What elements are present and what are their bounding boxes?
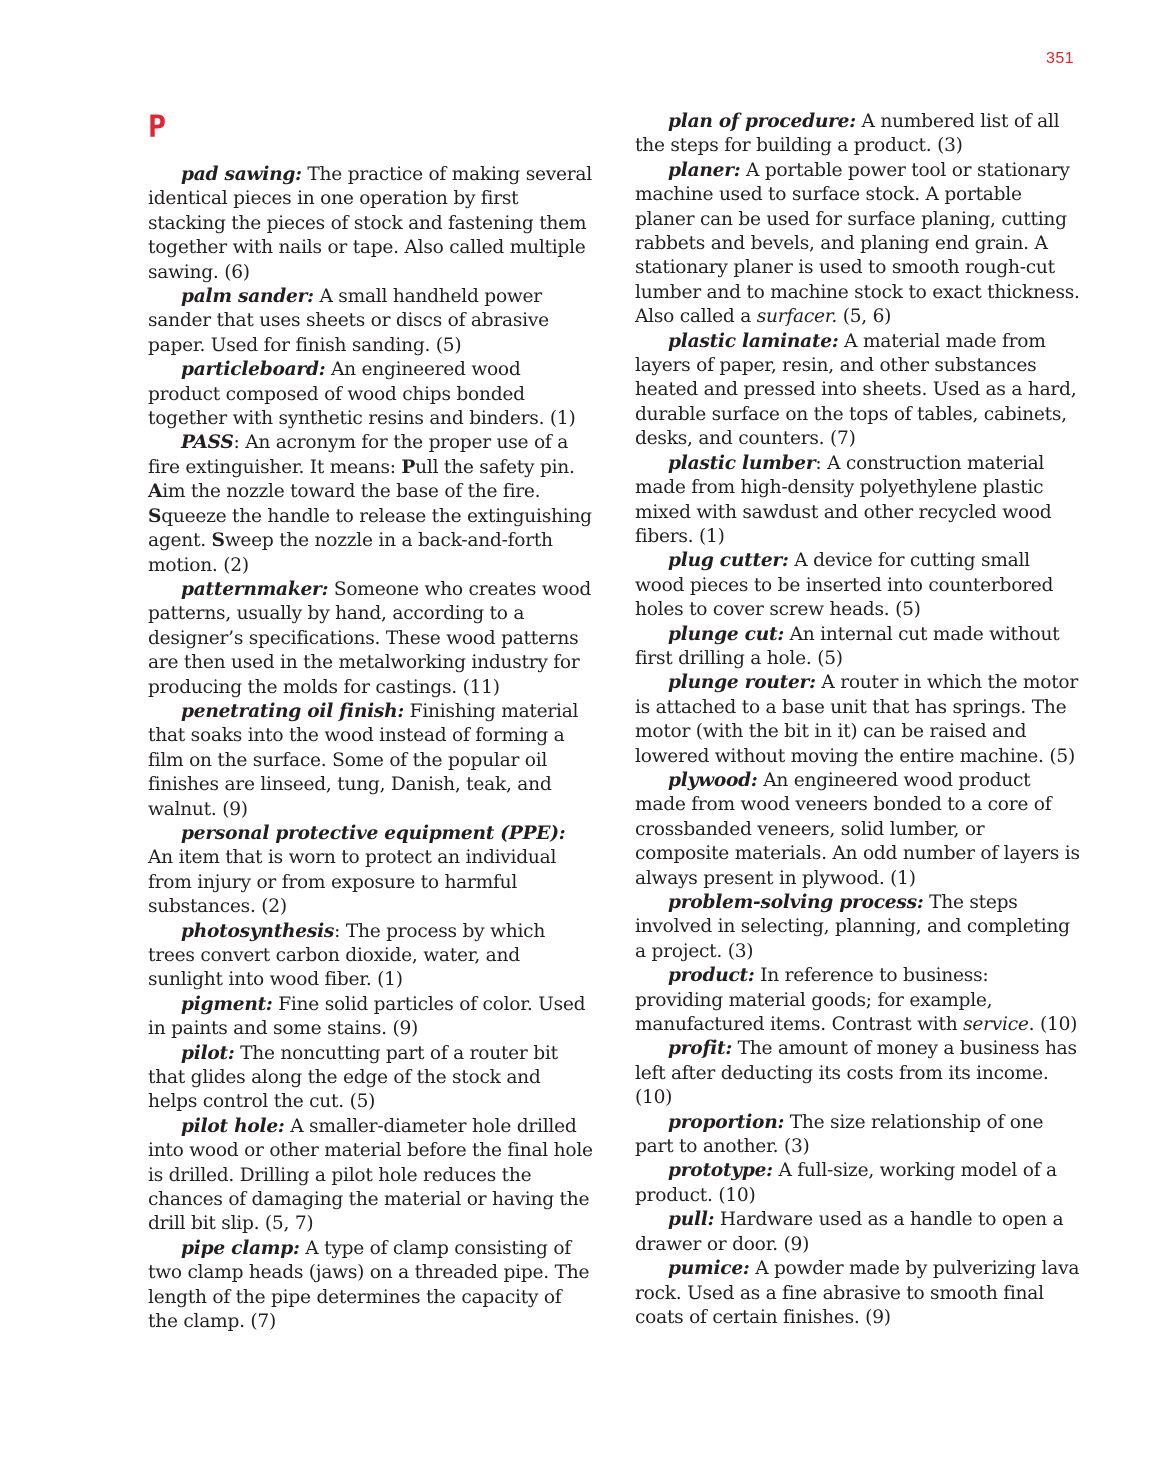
entry-term: PASS xyxy=(181,432,234,453)
glossary-entry: profit: The amount of money a business h… xyxy=(635,1037,1080,1110)
glossary-entry: palm sander: A small handheld power sand… xyxy=(148,285,593,358)
glossary-entry: prototype: A full-size, working model of… xyxy=(635,1159,1080,1208)
glossary-entry: pad sawing: The practice of making sever… xyxy=(148,163,593,285)
entry-term: pull: xyxy=(668,1209,714,1230)
acronym-letter: A xyxy=(148,481,162,502)
entry-term: pipe clamp: xyxy=(181,1238,300,1259)
section-letter-heading: P xyxy=(148,113,166,143)
entry-term: pad sawing: xyxy=(181,164,302,185)
entry-term: pigment: xyxy=(181,994,273,1015)
entry-term: plastic lumber xyxy=(668,453,815,474)
glossary-entry: pull: Hardware used as a handle to open … xyxy=(635,1208,1080,1257)
page-number: 351 xyxy=(1046,50,1074,68)
glossary-entry: pigment: Fine solid particles of color. … xyxy=(148,993,593,1042)
acronym-letter: S xyxy=(148,506,161,527)
entry-term: pumice: xyxy=(668,1258,750,1279)
glossary-entry: pumice: A powder made by pulverizing lav… xyxy=(635,1257,1080,1330)
glossary-entry: photosynthesis: The process by which tre… xyxy=(148,920,593,993)
glossary-entry: proportion: The size relationship of one… xyxy=(635,1111,1080,1160)
entry-term: prototype: xyxy=(668,1160,773,1181)
entry-term: plywood: xyxy=(668,770,758,791)
entry-term: patternmaker: xyxy=(181,579,328,600)
entry-term: profit: xyxy=(668,1038,732,1059)
entry-definition: A portable power tool or stationary mach… xyxy=(635,160,1080,327)
glossary-entry: plunge router: A router in which the mot… xyxy=(635,671,1080,769)
entry-term: penetrating oil finish: xyxy=(181,701,404,722)
entry-definition-end: (5, 6) xyxy=(837,306,891,327)
glossary-entry: plunge cut: An internal cut made without… xyxy=(635,623,1080,672)
entry-term: plan of procedure: xyxy=(668,111,856,132)
entry-term: problem-solving process: xyxy=(668,892,923,913)
entry-term: plunge router: xyxy=(668,672,816,693)
entry-term: personal protective equipment (PPE): xyxy=(181,823,565,844)
glossary-column-left: pad sawing: The practice of making sever… xyxy=(148,163,593,1335)
cross-reference-term: surfacer. xyxy=(757,306,837,327)
glossary-entry: PASS: An acronym for the proper use of a… xyxy=(148,431,593,577)
entry-term: planer: xyxy=(668,160,740,181)
glossary-column-right: plan of procedure: A numbered list of al… xyxy=(635,110,1080,1330)
entry-definition: An item that is worn to protect an indiv… xyxy=(148,847,556,917)
entry-term: plastic laminate: xyxy=(668,331,838,352)
acronym-letter: S xyxy=(212,530,225,551)
glossary-entry: pipe clamp: A type of clamp consisting o… xyxy=(148,1237,593,1335)
entry-term: plug cutter: xyxy=(668,550,789,571)
glossary-entry: pilot: The noncutting part of a router b… xyxy=(148,1042,593,1115)
glossary-entry: plastic lumber: A construction material … xyxy=(635,452,1080,550)
entry-definition: im the nozzle toward the base of the fir… xyxy=(162,481,540,502)
entry-term: plunge cut: xyxy=(668,624,784,645)
glossary-entry: problem-solving process: The steps invol… xyxy=(635,891,1080,964)
glossary-entry: plastic laminate: A material made from l… xyxy=(635,330,1080,452)
cross-reference-term: service xyxy=(963,1014,1029,1035)
entry-definition: ull the safety pin. xyxy=(415,457,575,478)
entry-term: particleboard: xyxy=(181,359,325,380)
entry-term: proportion: xyxy=(668,1112,784,1133)
glossary-entry: product: In reference to business: provi… xyxy=(635,964,1080,1037)
entry-term: pilot hole: xyxy=(181,1116,285,1137)
glossary-entry: plywood: An engineered wood product made… xyxy=(635,769,1080,891)
entry-term: pilot: xyxy=(181,1043,234,1064)
acronym-letter: P xyxy=(401,457,415,478)
glossary-entry: planer: A portable power tool or station… xyxy=(635,159,1080,330)
glossary-entry: personal protective equipment (PPE): An … xyxy=(148,822,593,920)
glossary-entry: penetrating oil finish: Finishing materi… xyxy=(148,700,593,822)
glossary-entry: pilot hole: A smaller-diameter hole dril… xyxy=(148,1115,593,1237)
entry-term: photosynthesis xyxy=(181,921,334,942)
entry-definition-end: . (10) xyxy=(1029,1014,1078,1035)
entry-term: palm sander: xyxy=(181,286,314,307)
entry-term: product: xyxy=(668,965,755,986)
glossary-entry: patternmaker: Someone who creates wood p… xyxy=(148,578,593,700)
glossary-entry: plan of procedure: A numbered list of al… xyxy=(635,110,1080,159)
glossary-entry: plug cutter: A device for cutting small … xyxy=(635,549,1080,622)
glossary-entry: particleboard: An engineered wood produc… xyxy=(148,358,593,431)
